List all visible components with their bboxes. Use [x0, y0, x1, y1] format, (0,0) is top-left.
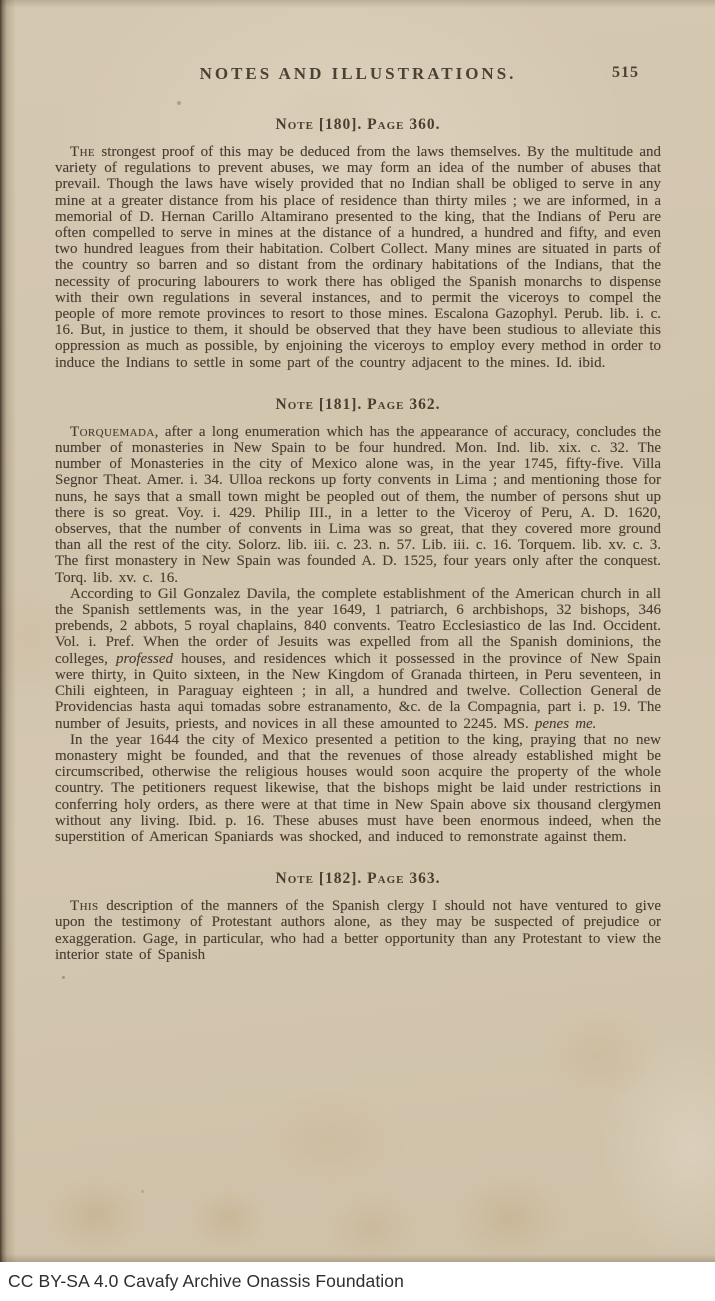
page-top-shadow: [0, 0, 715, 8]
note-section: Note [181]. Page 362.Torquemada, after a…: [55, 396, 661, 845]
small-caps-text: Torquemada: [70, 424, 155, 440]
note-section: Note [182]. Page 363.This description of…: [55, 870, 661, 963]
note-paragraph: In the year 1644 the city of Mexico pres…: [55, 732, 661, 845]
note-paragraph: The strongest proof of this may be deduc…: [55, 144, 661, 371]
running-header: NOTES AND ILLUSTRATIONS. 515: [55, 64, 661, 86]
note-heading: Note [181]. Page 362.: [55, 396, 661, 414]
body-text: strongest proof of this may be deduced f…: [55, 144, 661, 371]
body-text: In the year 1644 the city of Mexico pres…: [55, 732, 661, 845]
body-text: description of the manners of the Spanis…: [55, 898, 661, 963]
note-heading: Note [180]. Page 360.: [55, 116, 661, 134]
note-paragraph: This description of the manners of the S…: [55, 898, 661, 963]
note-section: Note [180]. Page 360.The strongest proof…: [55, 116, 661, 371]
note-paragraph: According to Gil Gonzalez Davila, the co…: [55, 586, 661, 732]
note-paragraph: Torquemada, after a long enumeration whi…: [55, 424, 661, 586]
small-caps-text: The: [70, 144, 95, 160]
ink-speck: [177, 101, 181, 105]
small-caps-text: This: [70, 898, 99, 914]
screenshot-stage: NOTES AND ILLUSTRATIONS. 515 Note [180].…: [0, 0, 715, 1301]
gutter-shadow: [0, 0, 18, 1262]
attribution-bar: CC BY-SA 4.0 Cavafy Archive Onassis Foun…: [0, 1262, 715, 1301]
body-text: , after a long enumeration which has the…: [55, 424, 661, 586]
page-bottom-shadow: [0, 1254, 715, 1262]
italic-text: professed: [116, 651, 173, 667]
italic-text: penes me.: [535, 716, 597, 732]
license-caption: CC BY-SA 4.0 Cavafy Archive Onassis Foun…: [8, 1271, 404, 1292]
note-heading: Note [182]. Page 363.: [55, 870, 661, 888]
notes-body: Note [180]. Page 360.The strongest proof…: [55, 110, 661, 963]
ink-speck: [141, 1190, 144, 1193]
running-header-title: NOTES AND ILLUSTRATIONS.: [55, 64, 661, 84]
ink-speck: [62, 976, 65, 979]
page-number: 515: [612, 64, 639, 82]
book-page-scan: NOTES AND ILLUSTRATIONS. 515 Note [180].…: [0, 0, 715, 1262]
